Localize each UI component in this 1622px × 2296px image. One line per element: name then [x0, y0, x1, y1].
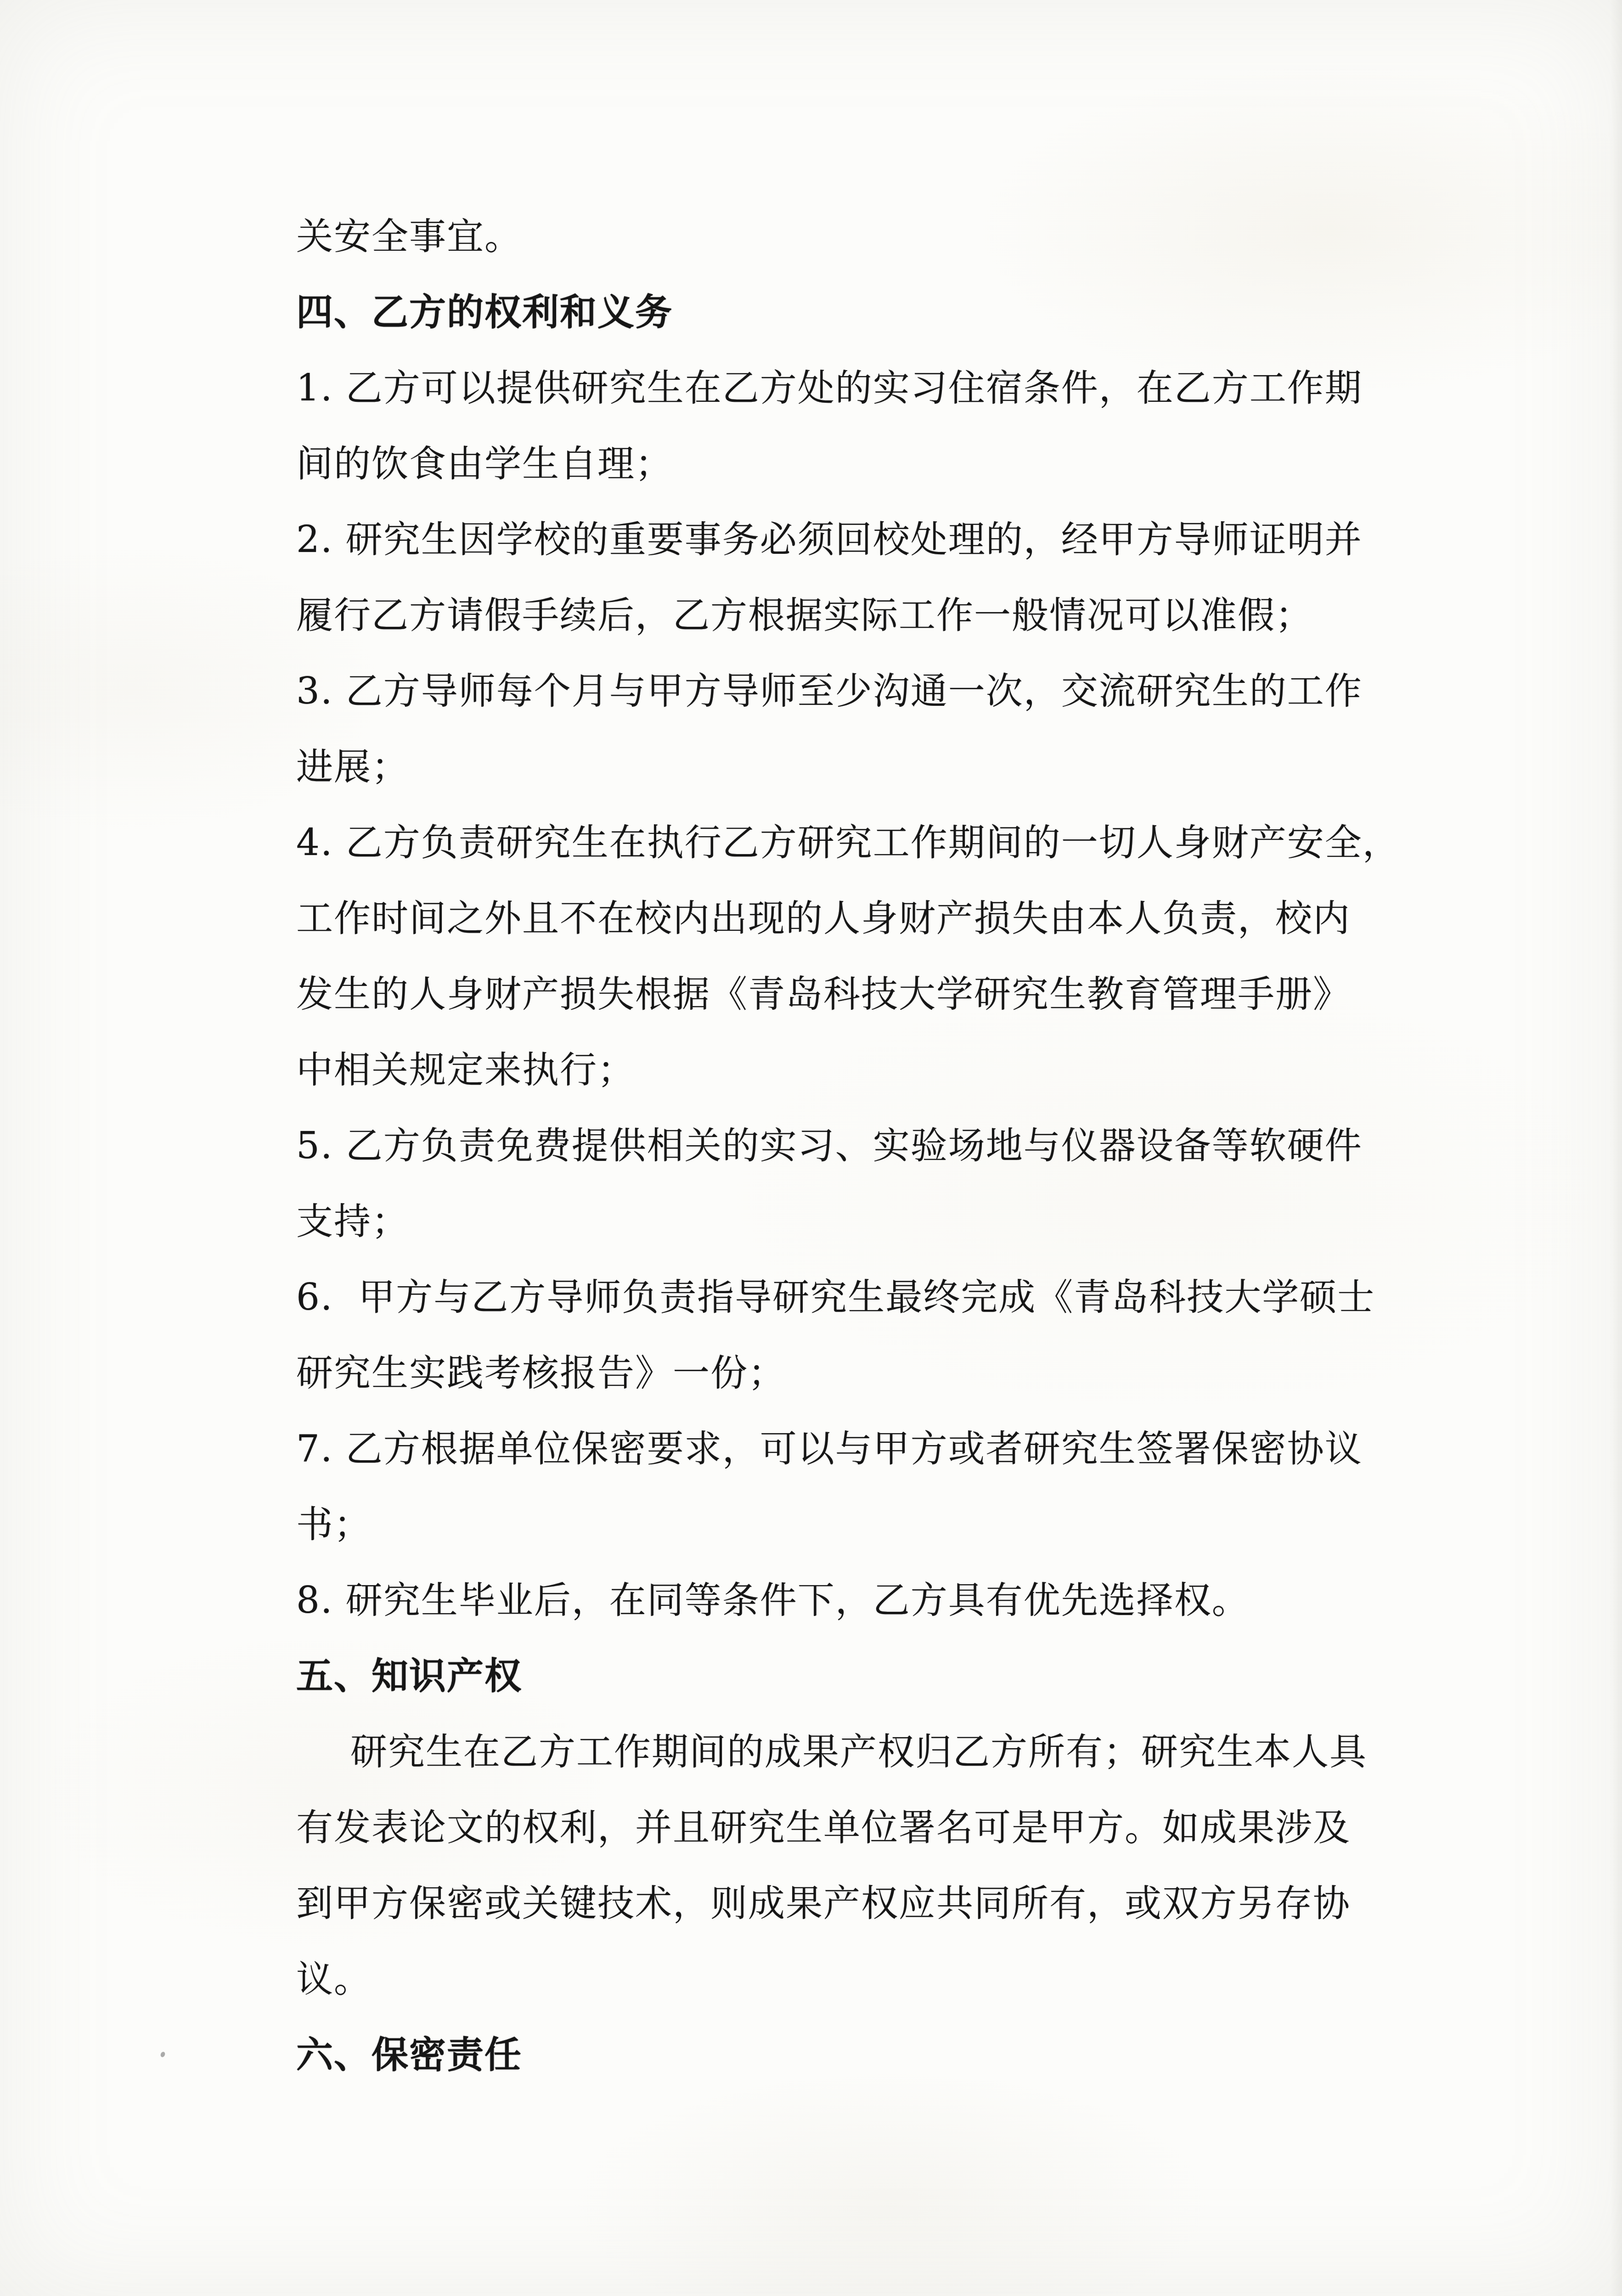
text-line: 书； — [296, 1486, 1490, 1562]
text-line: 到甲方保密或关键技术，则成果产权应共同所有，或双方另存协 — [296, 1865, 1490, 1941]
text-line: 6. 甲方与乙方导师负责指导研究生最终完成《青岛科技大学硕士 — [296, 1259, 1490, 1335]
text-line: 履行乙方请假手续后，乙方根据实际工作一般情况可以准假； — [296, 577, 1490, 653]
text-line: 1. 乙方可以提供研究生在乙方处的实习住宿条件，在乙方工作期 — [296, 350, 1490, 426]
text-line: 议。 — [296, 1941, 1490, 2017]
scan-edge-shade — [1610, 0, 1622, 2296]
text-line: 有发表论文的权利，并且研究生单位署名可是甲方。如成果涉及 — [296, 1790, 1490, 1865]
section-heading: 五、知识产权 — [296, 1638, 1490, 1714]
text-line: 4. 乙方负责研究生在执行乙方研究工作期间的一切人身财产安全， — [296, 805, 1490, 880]
section-heading: 六、保密责任 — [296, 2017, 1490, 2093]
text-line: 支持； — [296, 1183, 1490, 1259]
text-line: 工作时间之外且不在校内出现的人身财产损失由本人负责，校内 — [296, 880, 1490, 956]
text-line: 7. 乙方根据单位保密要求，可以与甲方或者研究生签署保密协议 — [296, 1411, 1490, 1486]
text-line: 5. 乙方负责免费提供相关的实习、实验场地与仪器设备等软硬件 — [296, 1108, 1490, 1183]
text-line: 3. 乙方导师每个月与甲方导师至少沟通一次，交流研究生的工作 — [296, 653, 1490, 729]
text-line: 进展； — [296, 729, 1490, 805]
document-lines: 关安全事宜。四、乙方的权利和义务1. 乙方可以提供研究生在乙方处的实习住宿条件，… — [296, 198, 1490, 2093]
document-page: 关安全事宜。四、乙方的权利和义务1. 乙方可以提供研究生在乙方处的实习住宿条件，… — [0, 0, 1622, 2296]
text-line: 间的饮食由学生自理； — [296, 426, 1490, 501]
text-line: 中相关规定来执行； — [296, 1032, 1490, 1108]
text-line: 发生的人身财产损失根据《青岛科技大学研究生教育管理手册》 — [296, 956, 1490, 1032]
text-line: 2. 研究生因学校的重要事务必须回校处理的，经甲方导师证明并 — [296, 501, 1490, 577]
scan-speck — [160, 2051, 166, 2058]
text-line: 8. 研究生毕业后，在同等条件下，乙方具有优先选择权。 — [296, 1562, 1490, 1638]
text-line: 研究生实践考核报告》一份； — [296, 1335, 1490, 1411]
section-heading: 四、乙方的权利和义务 — [296, 274, 1490, 350]
text-line: 关安全事宜。 — [296, 198, 1490, 274]
text-line: 研究生在乙方工作期间的成果产权归乙方所有；研究生本人具 — [296, 1714, 1490, 1790]
